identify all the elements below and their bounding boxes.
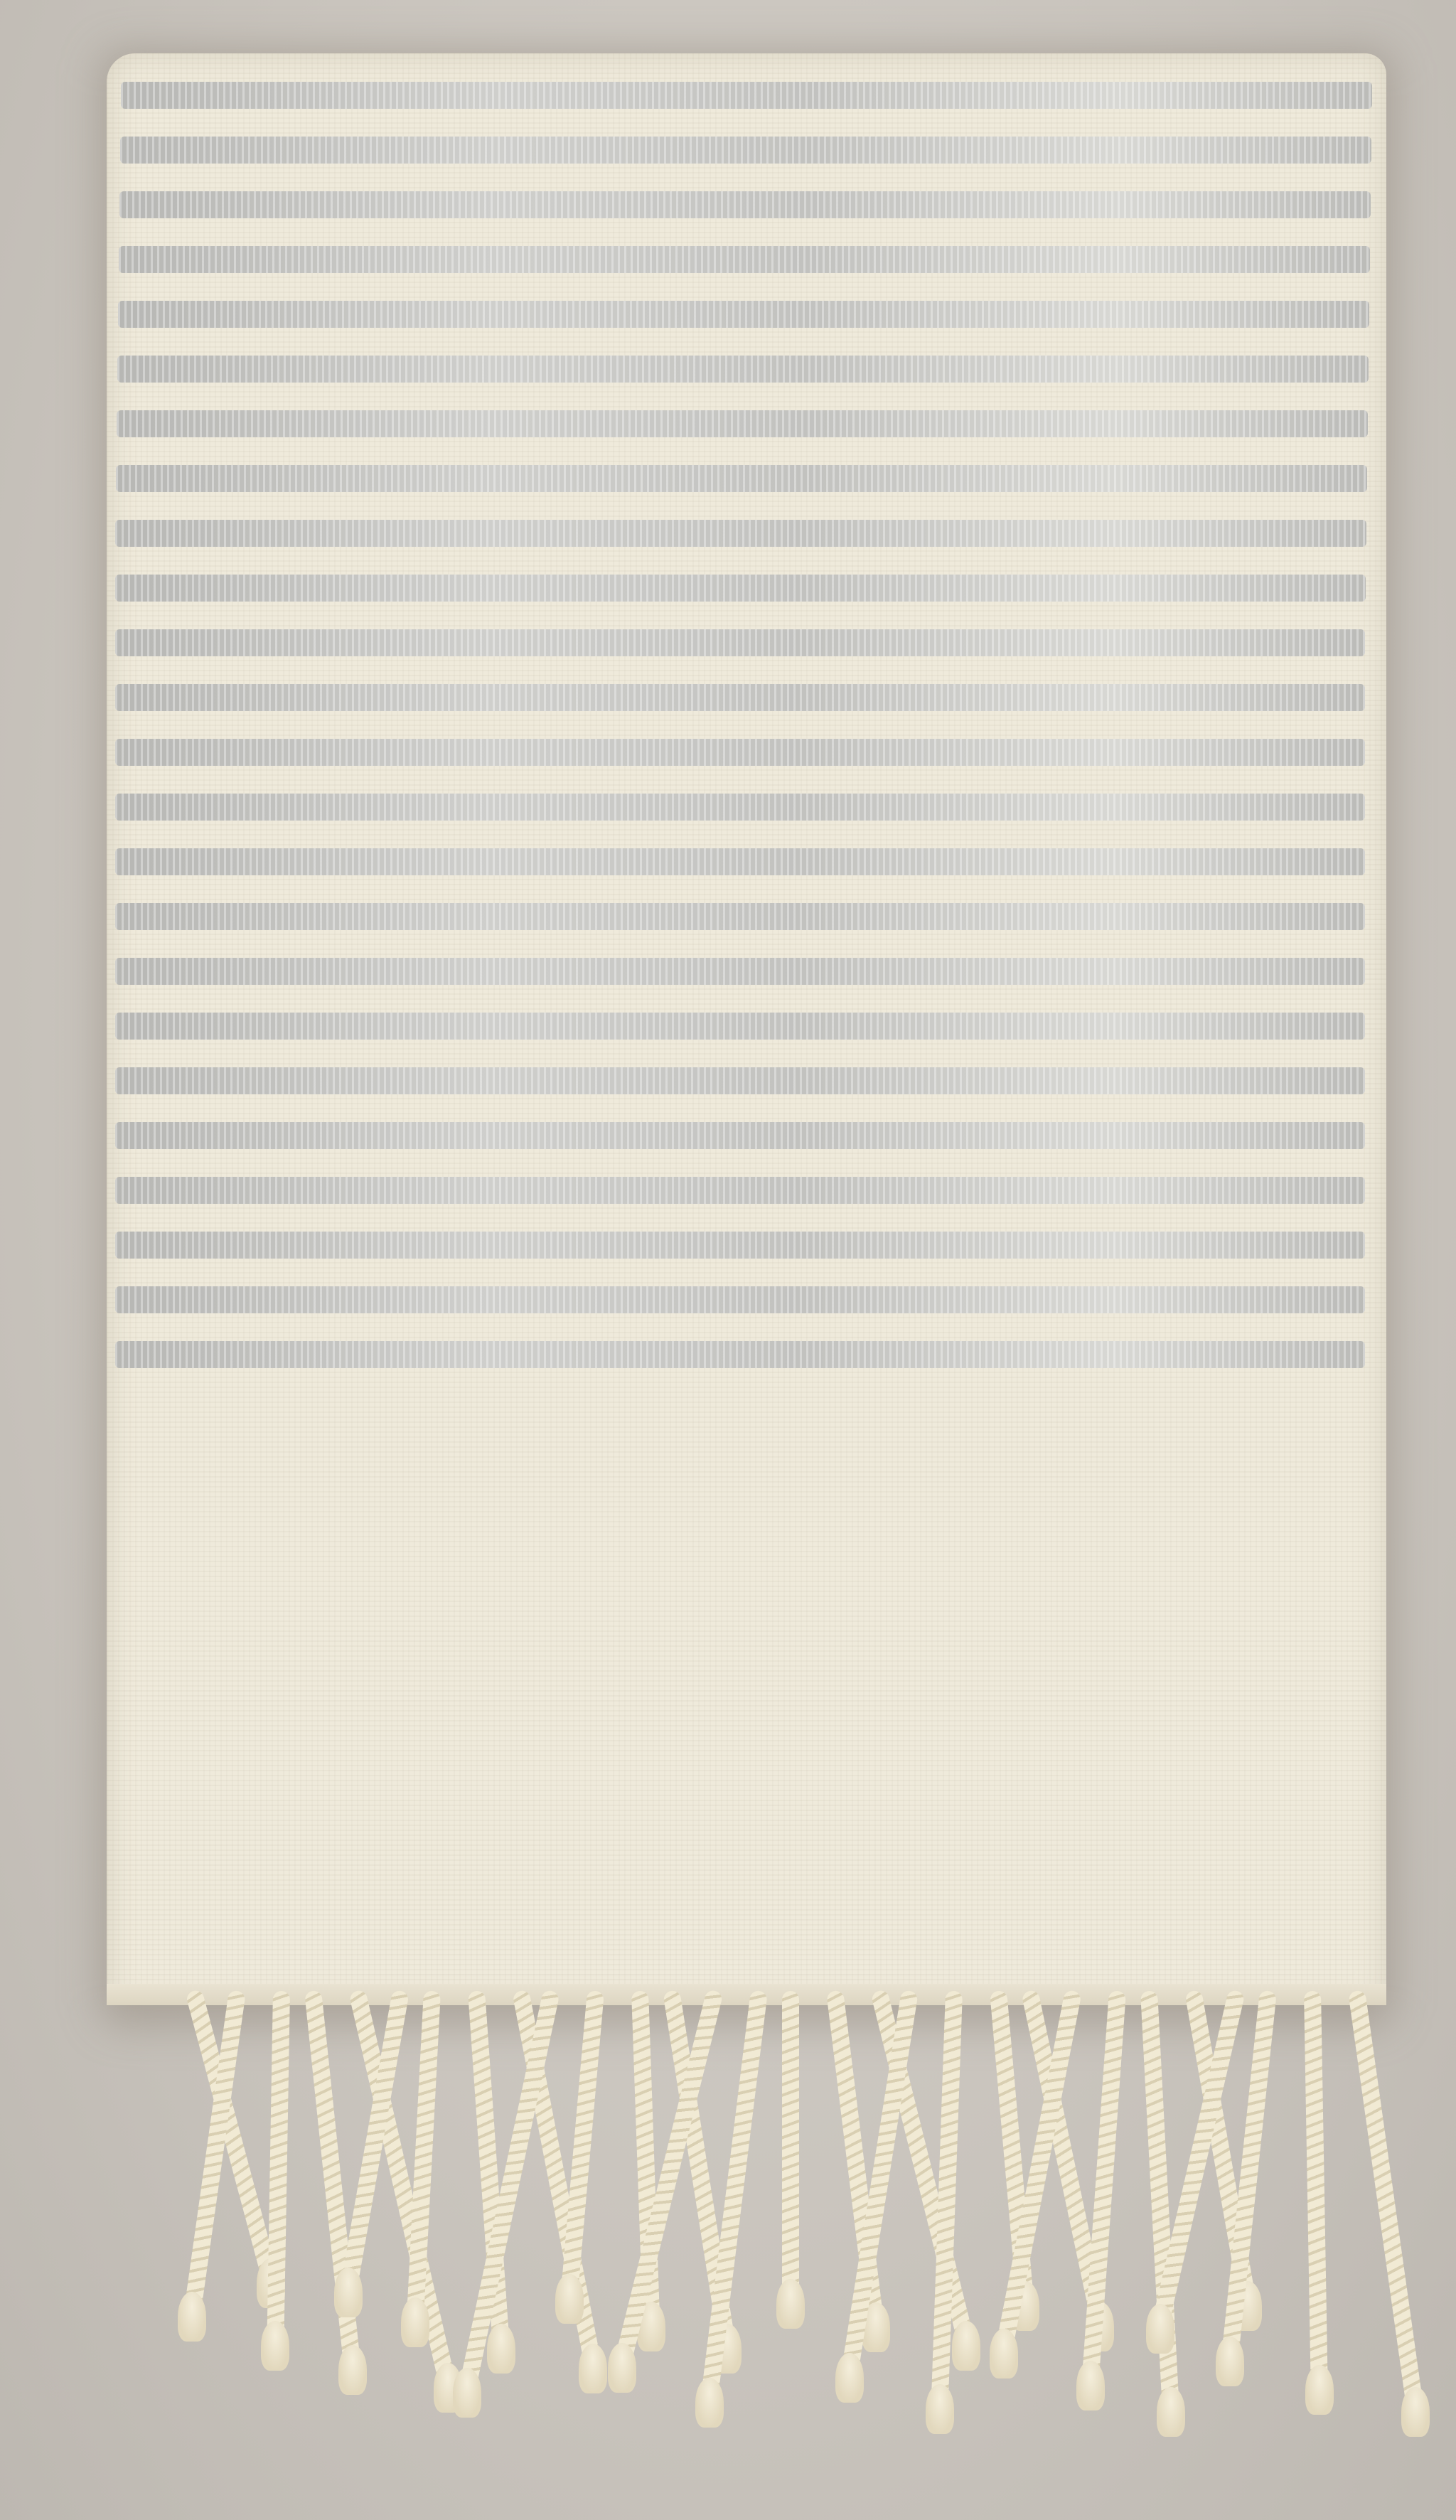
silver-stripe — [116, 465, 1367, 492]
silver-stripe — [115, 520, 1366, 547]
fringe-knot — [1076, 2361, 1105, 2410]
silver-stripe — [115, 739, 1365, 766]
fringe-knot — [835, 2353, 864, 2403]
silver-stripe — [115, 1177, 1365, 1204]
silver-stripe — [115, 1341, 1365, 1368]
silver-stripe — [115, 575, 1366, 602]
fringe-knot — [608, 2343, 636, 2393]
fringe-knot — [178, 2292, 206, 2342]
fringe-knot — [926, 2384, 954, 2434]
fringe-tassel — [782, 1991, 799, 2300]
silver-stripe — [119, 191, 1371, 218]
fringe-knot — [338, 2345, 367, 2395]
fringe-tassel — [1304, 1991, 1328, 2386]
fringe-knot — [1216, 2337, 1244, 2386]
fringe-knot — [453, 2368, 481, 2418]
fringe-knot — [952, 2321, 980, 2371]
silver-stripe — [115, 629, 1365, 656]
fringe-knot — [1305, 2365, 1334, 2415]
silver-stripe — [115, 1286, 1365, 1313]
fringe-knot — [695, 2378, 724, 2428]
silver-stripe — [117, 410, 1368, 437]
silver-stripe — [121, 82, 1372, 109]
silver-stripe — [115, 1232, 1365, 1259]
silver-stripe — [115, 848, 1365, 875]
fringe-knot — [487, 2324, 515, 2374]
silver-stripe — [115, 1122, 1365, 1149]
silver-stripe — [115, 684, 1365, 711]
silver-stripe — [115, 1067, 1365, 1094]
silver-stripe — [115, 903, 1365, 930]
silver-stripe — [117, 356, 1369, 383]
silver-stripe — [119, 246, 1370, 273]
fringe-knot — [401, 2297, 429, 2347]
fringe-knot — [579, 2344, 607, 2393]
silver-stripe — [120, 137, 1371, 164]
fringe-knot — [261, 2321, 289, 2371]
photo-scene — [0, 0, 1456, 2520]
silver-stripe — [115, 958, 1365, 985]
silver-stripe — [118, 301, 1369, 328]
fringe-knot — [990, 2329, 1018, 2378]
fringe-tassel — [267, 1991, 290, 2342]
fringe-knot — [1157, 2387, 1185, 2437]
fringe-knot — [776, 2279, 805, 2329]
silver-stripe — [115, 1013, 1365, 1040]
fringe-tassel — [407, 1990, 441, 2319]
knotted-fringe — [171, 1991, 1379, 2474]
fringe-knot — [334, 2268, 363, 2317]
fringe-knot — [1401, 2387, 1430, 2437]
fringe-tassel — [1348, 1990, 1423, 2410]
fringe-knot — [1146, 2304, 1174, 2354]
folded-towel — [107, 53, 1386, 2005]
fringe-tassel — [561, 1990, 604, 2296]
silver-stripe — [115, 794, 1365, 821]
fringe-knot — [555, 2274, 584, 2324]
